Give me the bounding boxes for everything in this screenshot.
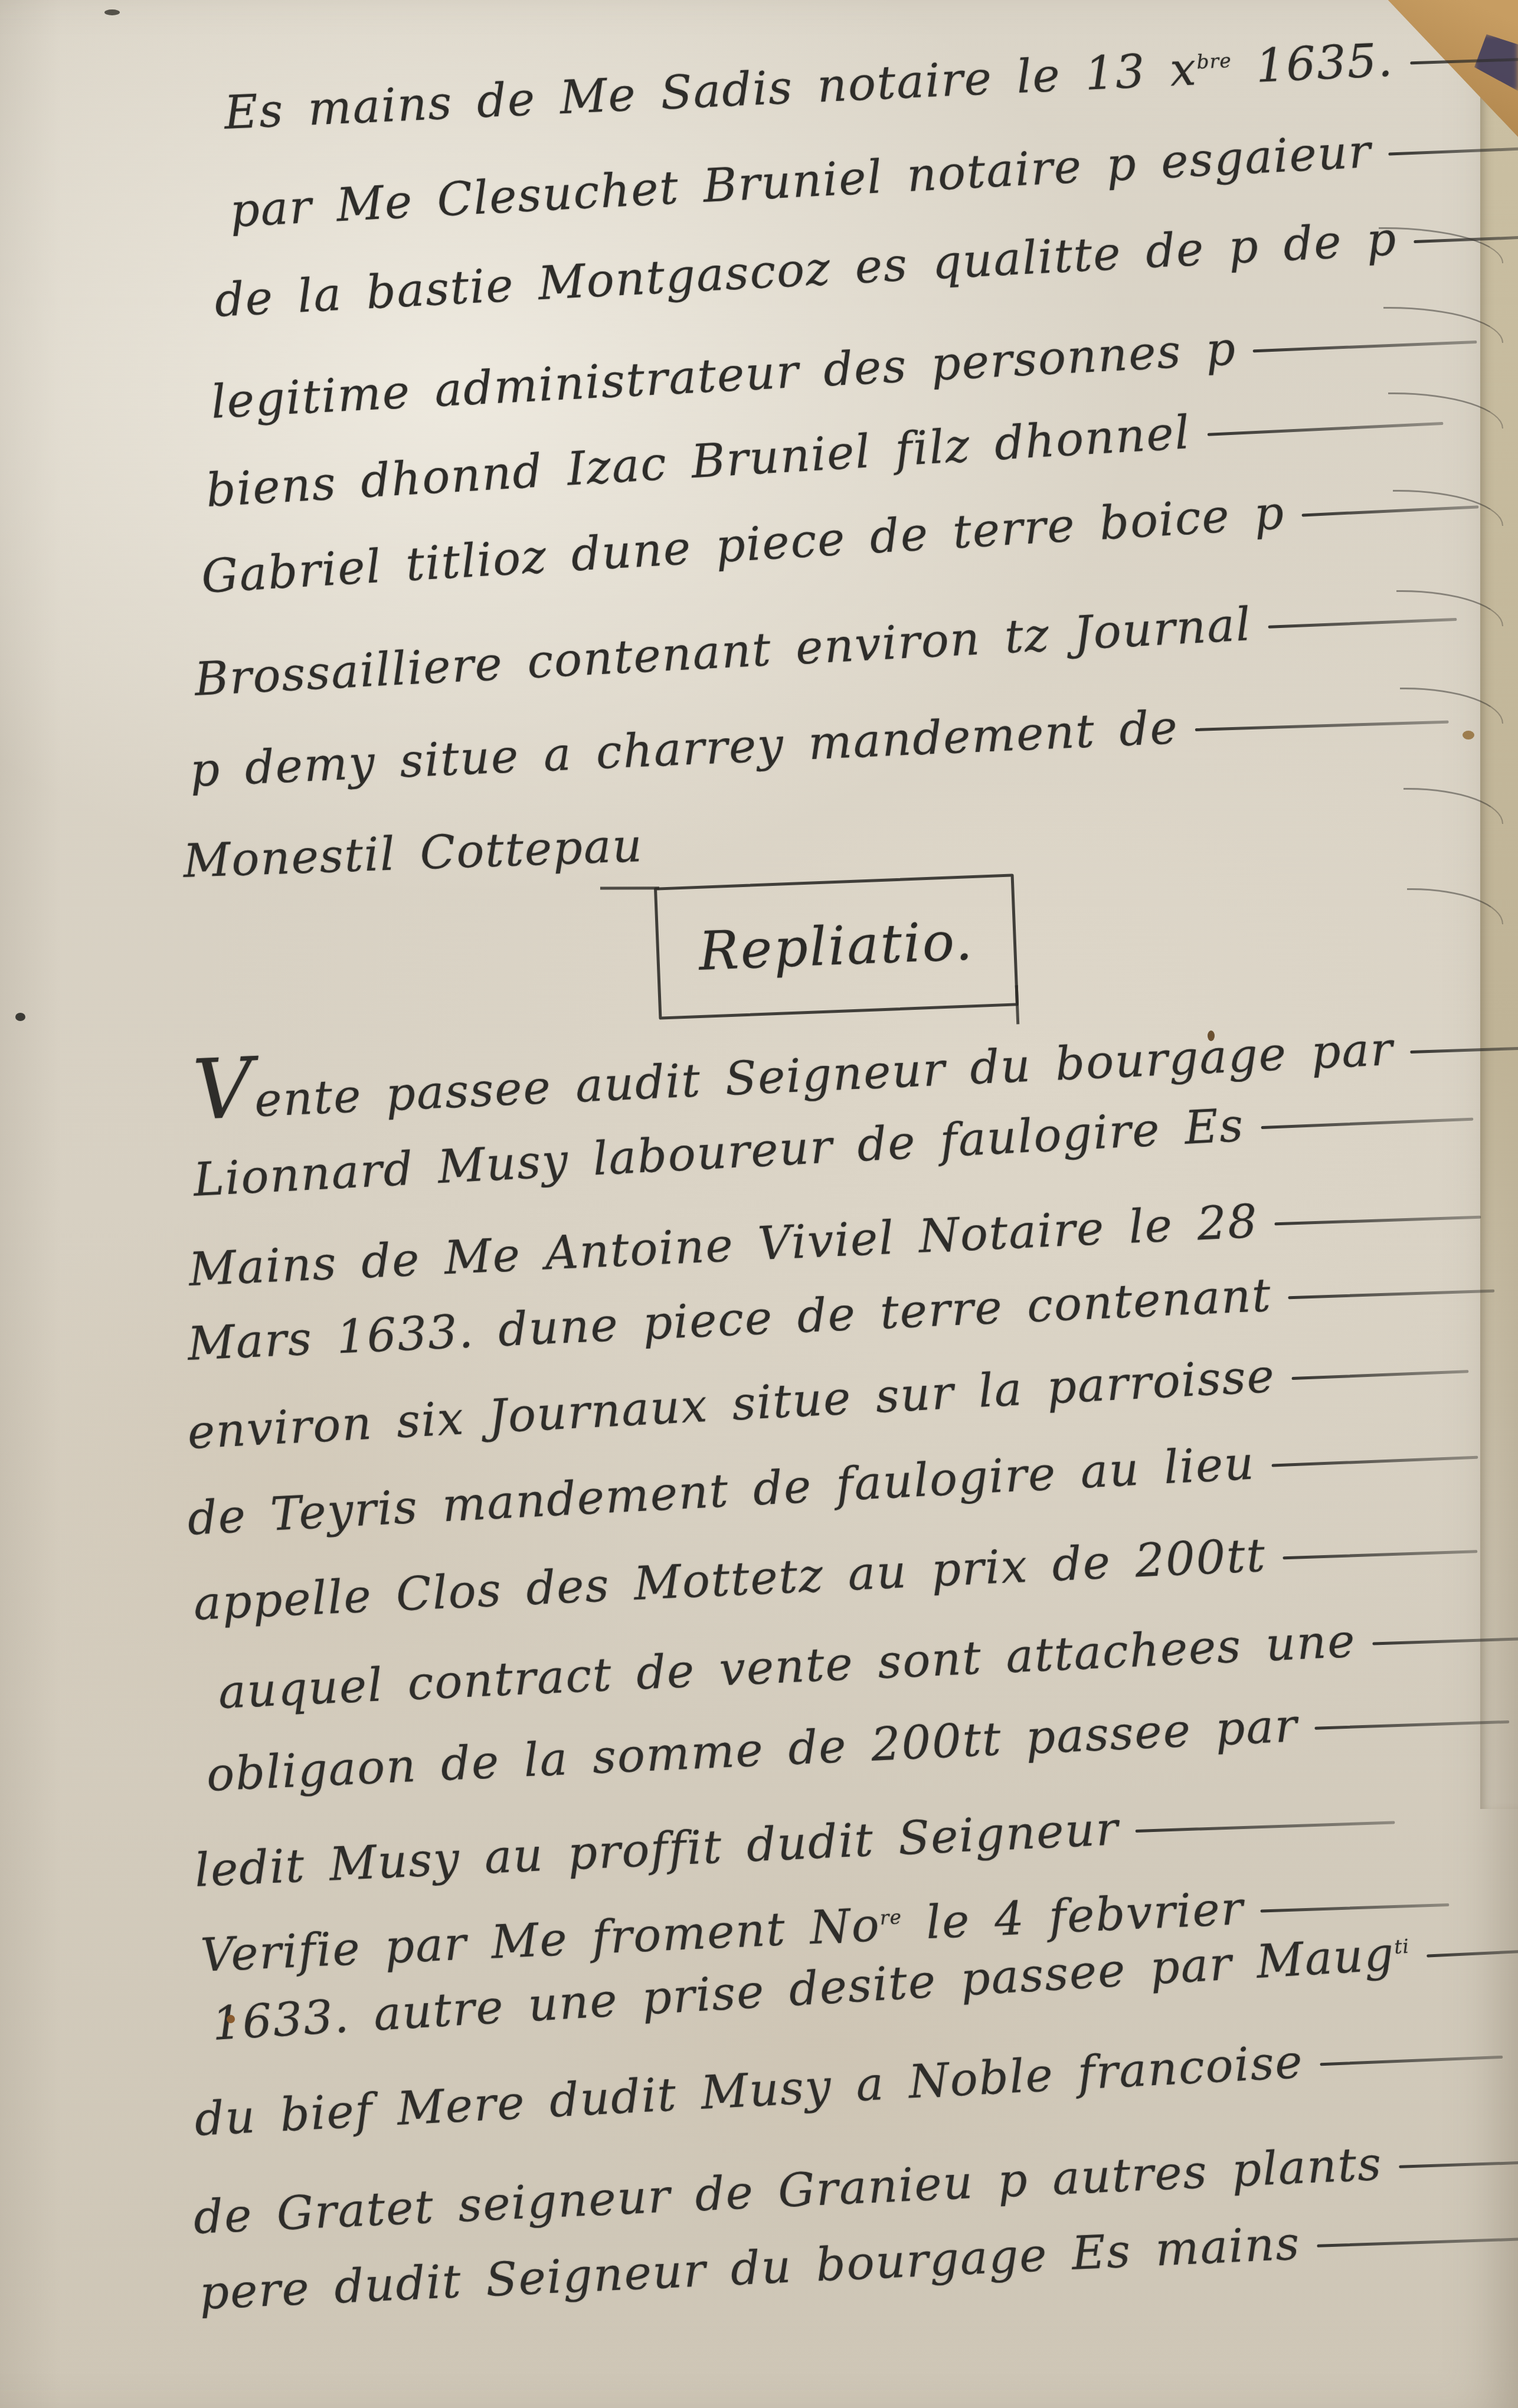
line-text: de la bastie Montgascoz es qualitte de p… (213, 212, 1398, 328)
line-end-flourish (1271, 1456, 1478, 1467)
line-text: Monestil Cottepau (182, 819, 644, 888)
manuscript-line: du bief Mere dudit Musy a Noble francois… (194, 2028, 1504, 2145)
line-end-flourish (1275, 1216, 1481, 1226)
line-text: Es mains de Me Sadis notaire le 13 xbre … (223, 34, 1395, 140)
line-end-flourish (1261, 1903, 1450, 1913)
line-end-flourish (1268, 618, 1457, 629)
line-end-flourish (1317, 2237, 1518, 2247)
line-text: de Teyris mandement de faulogire au lieu (186, 1437, 1256, 1546)
line-end-flourish (1283, 1550, 1477, 1559)
line-text: du bief Mere dudit Musy a Noble francois… (193, 2036, 1304, 2147)
book-fore-edge (1480, 97, 1518, 1809)
line-text: appelle Clos des Mottetz au prix de 200t… (192, 1529, 1267, 1631)
line-end-flourish (1288, 1290, 1495, 1300)
line-end-flourish (1410, 1046, 1518, 1053)
heading-box: Repliatio. (654, 873, 1019, 1019)
ink-speck (1463, 731, 1474, 740)
line-end-flourish (1427, 1949, 1518, 1957)
ink-speck (104, 9, 120, 15)
line-end-flourish (1207, 422, 1443, 436)
page-edge-curve (1407, 888, 1503, 924)
manuscript-line: Brossailliere contenant environ tz Journ… (194, 590, 1458, 705)
line-end-flourish (1372, 1637, 1518, 1645)
manuscript-line: ledit Musy au proffit dudit Seigneur (194, 1793, 1396, 1896)
manuscript-line: appelle Clos des Mottetz au prix de 200t… (192, 1522, 1478, 1629)
ink-speck (15, 1013, 25, 1021)
line-text: Brossailliere contenant environ tz Journ… (193, 598, 1252, 706)
line-end-flourish (1320, 2056, 1503, 2066)
line-end-flourish (1136, 1821, 1395, 1833)
line-end-flourish (1253, 341, 1477, 352)
drop-capital: V (191, 1040, 256, 1139)
manuscript-line: p demy situe a charrey mandement de (189, 692, 1449, 796)
line-end-flourish (1261, 1118, 1473, 1129)
line-text: environ six Journaux situe sur la parroi… (186, 1350, 1276, 1460)
line-end-flourish (1314, 1720, 1509, 1730)
line-text: auquel contract de vente sont attachees … (217, 1615, 1357, 1719)
line-end-flourish (1388, 147, 1518, 156)
line-end-flourish (1292, 1370, 1469, 1380)
line-end-flourish (1414, 235, 1518, 243)
manuscript-line: Monestil Cottepau (182, 822, 644, 886)
line-end-flourish (1399, 2161, 1518, 2168)
manuscript-line: Es mains de Me Sadis notaire le 13 xbre … (223, 30, 1518, 138)
heading-label: Repliatio. (698, 915, 974, 979)
line-end-flourish (1301, 505, 1478, 516)
line-end-flourish (1410, 57, 1518, 65)
line-text: ledit Musy au proffit dudit Seigneur (194, 1802, 1120, 1897)
line-text: par Me Clesuchet Bruniel notaire p esgai… (228, 125, 1373, 238)
line-text: obligaon de la somme de 200tt passee par (205, 1699, 1299, 1802)
page-edge-curve (1404, 788, 1503, 824)
line-end-flourish (1195, 721, 1449, 732)
manuscript-page: Es mains de Me Sadis notaire le 13 xbre … (0, 0, 1518, 2408)
line-text: p demy situe a charrey mandement de (189, 701, 1179, 797)
